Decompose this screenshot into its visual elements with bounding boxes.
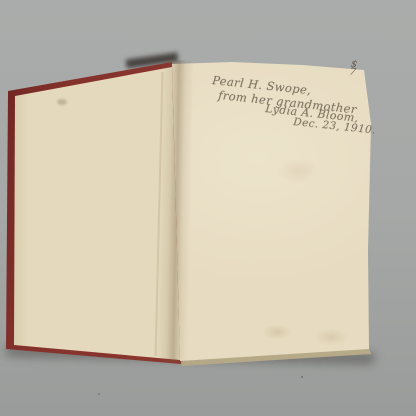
foxing-stain [262, 324, 292, 340]
foxing-stain [314, 328, 348, 346]
gutter-shadow [156, 60, 194, 363]
dust-speck [98, 393, 100, 395]
photo-scene: Pearl H. Swope, from her grandmother Lyd… [0, 0, 416, 416]
dust-speck [301, 376, 303, 378]
pencil-smudge [57, 99, 67, 105]
price-mark-value: 7 [349, 68, 357, 77]
foxing-stain [276, 158, 320, 184]
